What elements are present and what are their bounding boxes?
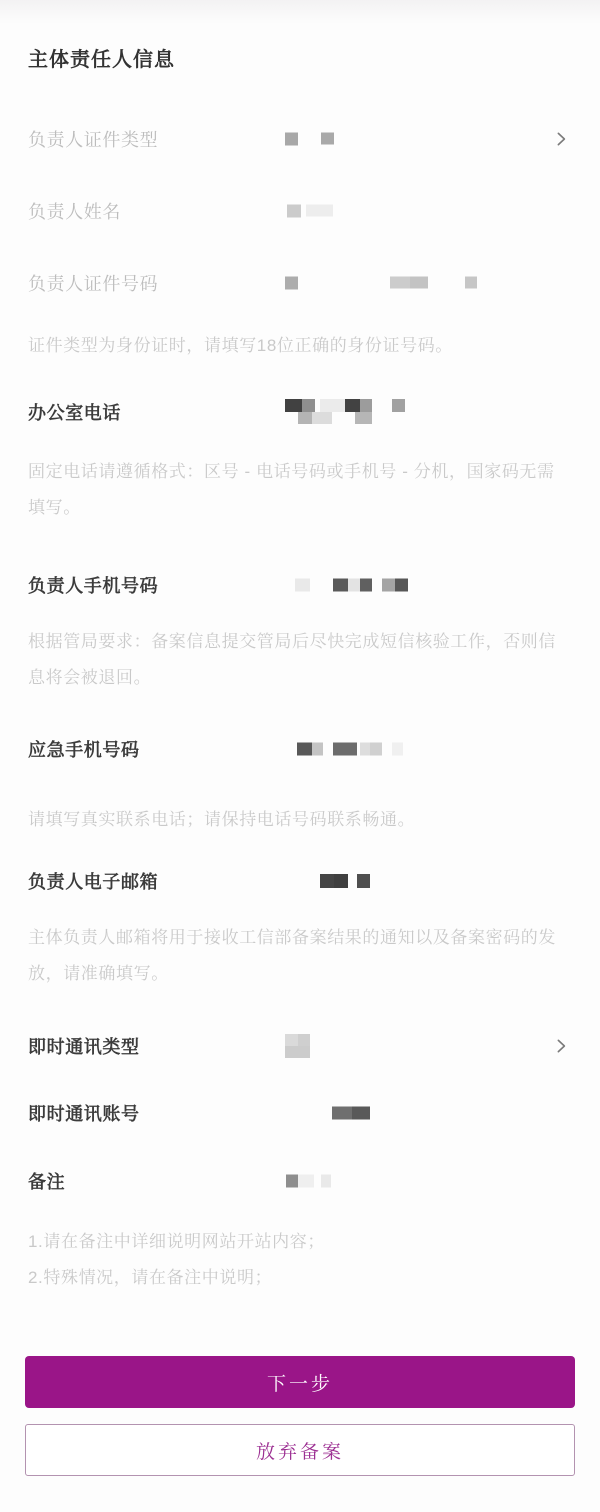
email-label: 负责人电子邮箱 [28, 868, 158, 894]
field-row-cert-number: 负责人证件号码 [28, 270, 572, 296]
redacted-value [285, 399, 405, 425]
im-account-label: 即时通讯账号 [28, 1100, 140, 1126]
cert-number-label: 负责人证件号码 [28, 270, 158, 296]
email-helper: 主体负责人邮箱将用于接收工信部备案结果的通知以及备案密码的发放，请准确填写。 [28, 920, 572, 992]
field-row-im-type[interactable]: 即时通讯类型 [28, 1032, 572, 1060]
office-phone-helper: 固定电话请遵循格式：区号 - 电话号码或手机号 - 分机，国家码无需填写。 [28, 454, 572, 526]
field-row-cert-type[interactable]: 负责人证件类型 [28, 126, 572, 152]
abandon-filing-button[interactable]: 放弃备案 [25, 1424, 575, 1476]
emergency-mobile-label: 应急手机号码 [28, 736, 140, 762]
field-row-remark[interactable]: 备注 [28, 1168, 572, 1194]
redacted-value [297, 743, 403, 756]
redacted-value [285, 277, 477, 290]
field-row-im-account[interactable]: 即时通讯账号 [28, 1100, 572, 1126]
redacted-value [332, 1107, 370, 1120]
page-title: 主体责任人信息 [28, 0, 572, 74]
redacted-value [286, 1175, 331, 1188]
cert-type-label: 负责人证件类型 [28, 126, 158, 152]
field-row-emergency-mobile[interactable]: 应急手机号码 [28, 736, 572, 762]
next-step-button[interactable]: 下一步 [25, 1356, 575, 1408]
office-phone-label: 办公室电话 [28, 399, 121, 425]
mobile-helper: 根据管局要求：备案信息提交管局后尽快完成短信核验工作，否则信息将会被退回。 [28, 624, 572, 696]
field-row-mobile[interactable]: 负责人手机号码 [28, 572, 572, 598]
field-row-office-phone[interactable]: 办公室电话 [28, 398, 572, 426]
redacted-value [287, 205, 333, 218]
remark-label: 备注 [28, 1168, 65, 1194]
cert-number-helper: 证件类型为身份证时，请填写18位正确的身份证号码。 [28, 328, 572, 364]
field-row-email[interactable]: 负责人电子邮箱 [28, 868, 572, 894]
field-row-name: 负责人姓名 [28, 198, 572, 224]
mobile-label: 负责人手机号码 [28, 572, 158, 598]
redacted-value [320, 874, 370, 888]
remark-helper: 1.请在备注中详细说明网站开站内容； 2.特殊情况，请在备注中说明； [28, 1224, 572, 1296]
im-type-label: 即时通讯类型 [28, 1033, 140, 1059]
emergency-mobile-helper: 请填写真实联系电话；请保持电话号码联系畅通。 [28, 802, 572, 838]
redacted-value [295, 579, 408, 592]
chevron-right-icon [552, 1037, 570, 1055]
chevron-right-icon [552, 130, 570, 148]
subject-responsible-person-form: 主体责任人信息 负责人证件类型 负责人姓名 负责人证件号码 证件类型为身份证时，… [0, 0, 600, 1476]
redacted-value [285, 1034, 310, 1058]
name-label: 负责人姓名 [28, 198, 121, 224]
redacted-value [285, 133, 334, 146]
